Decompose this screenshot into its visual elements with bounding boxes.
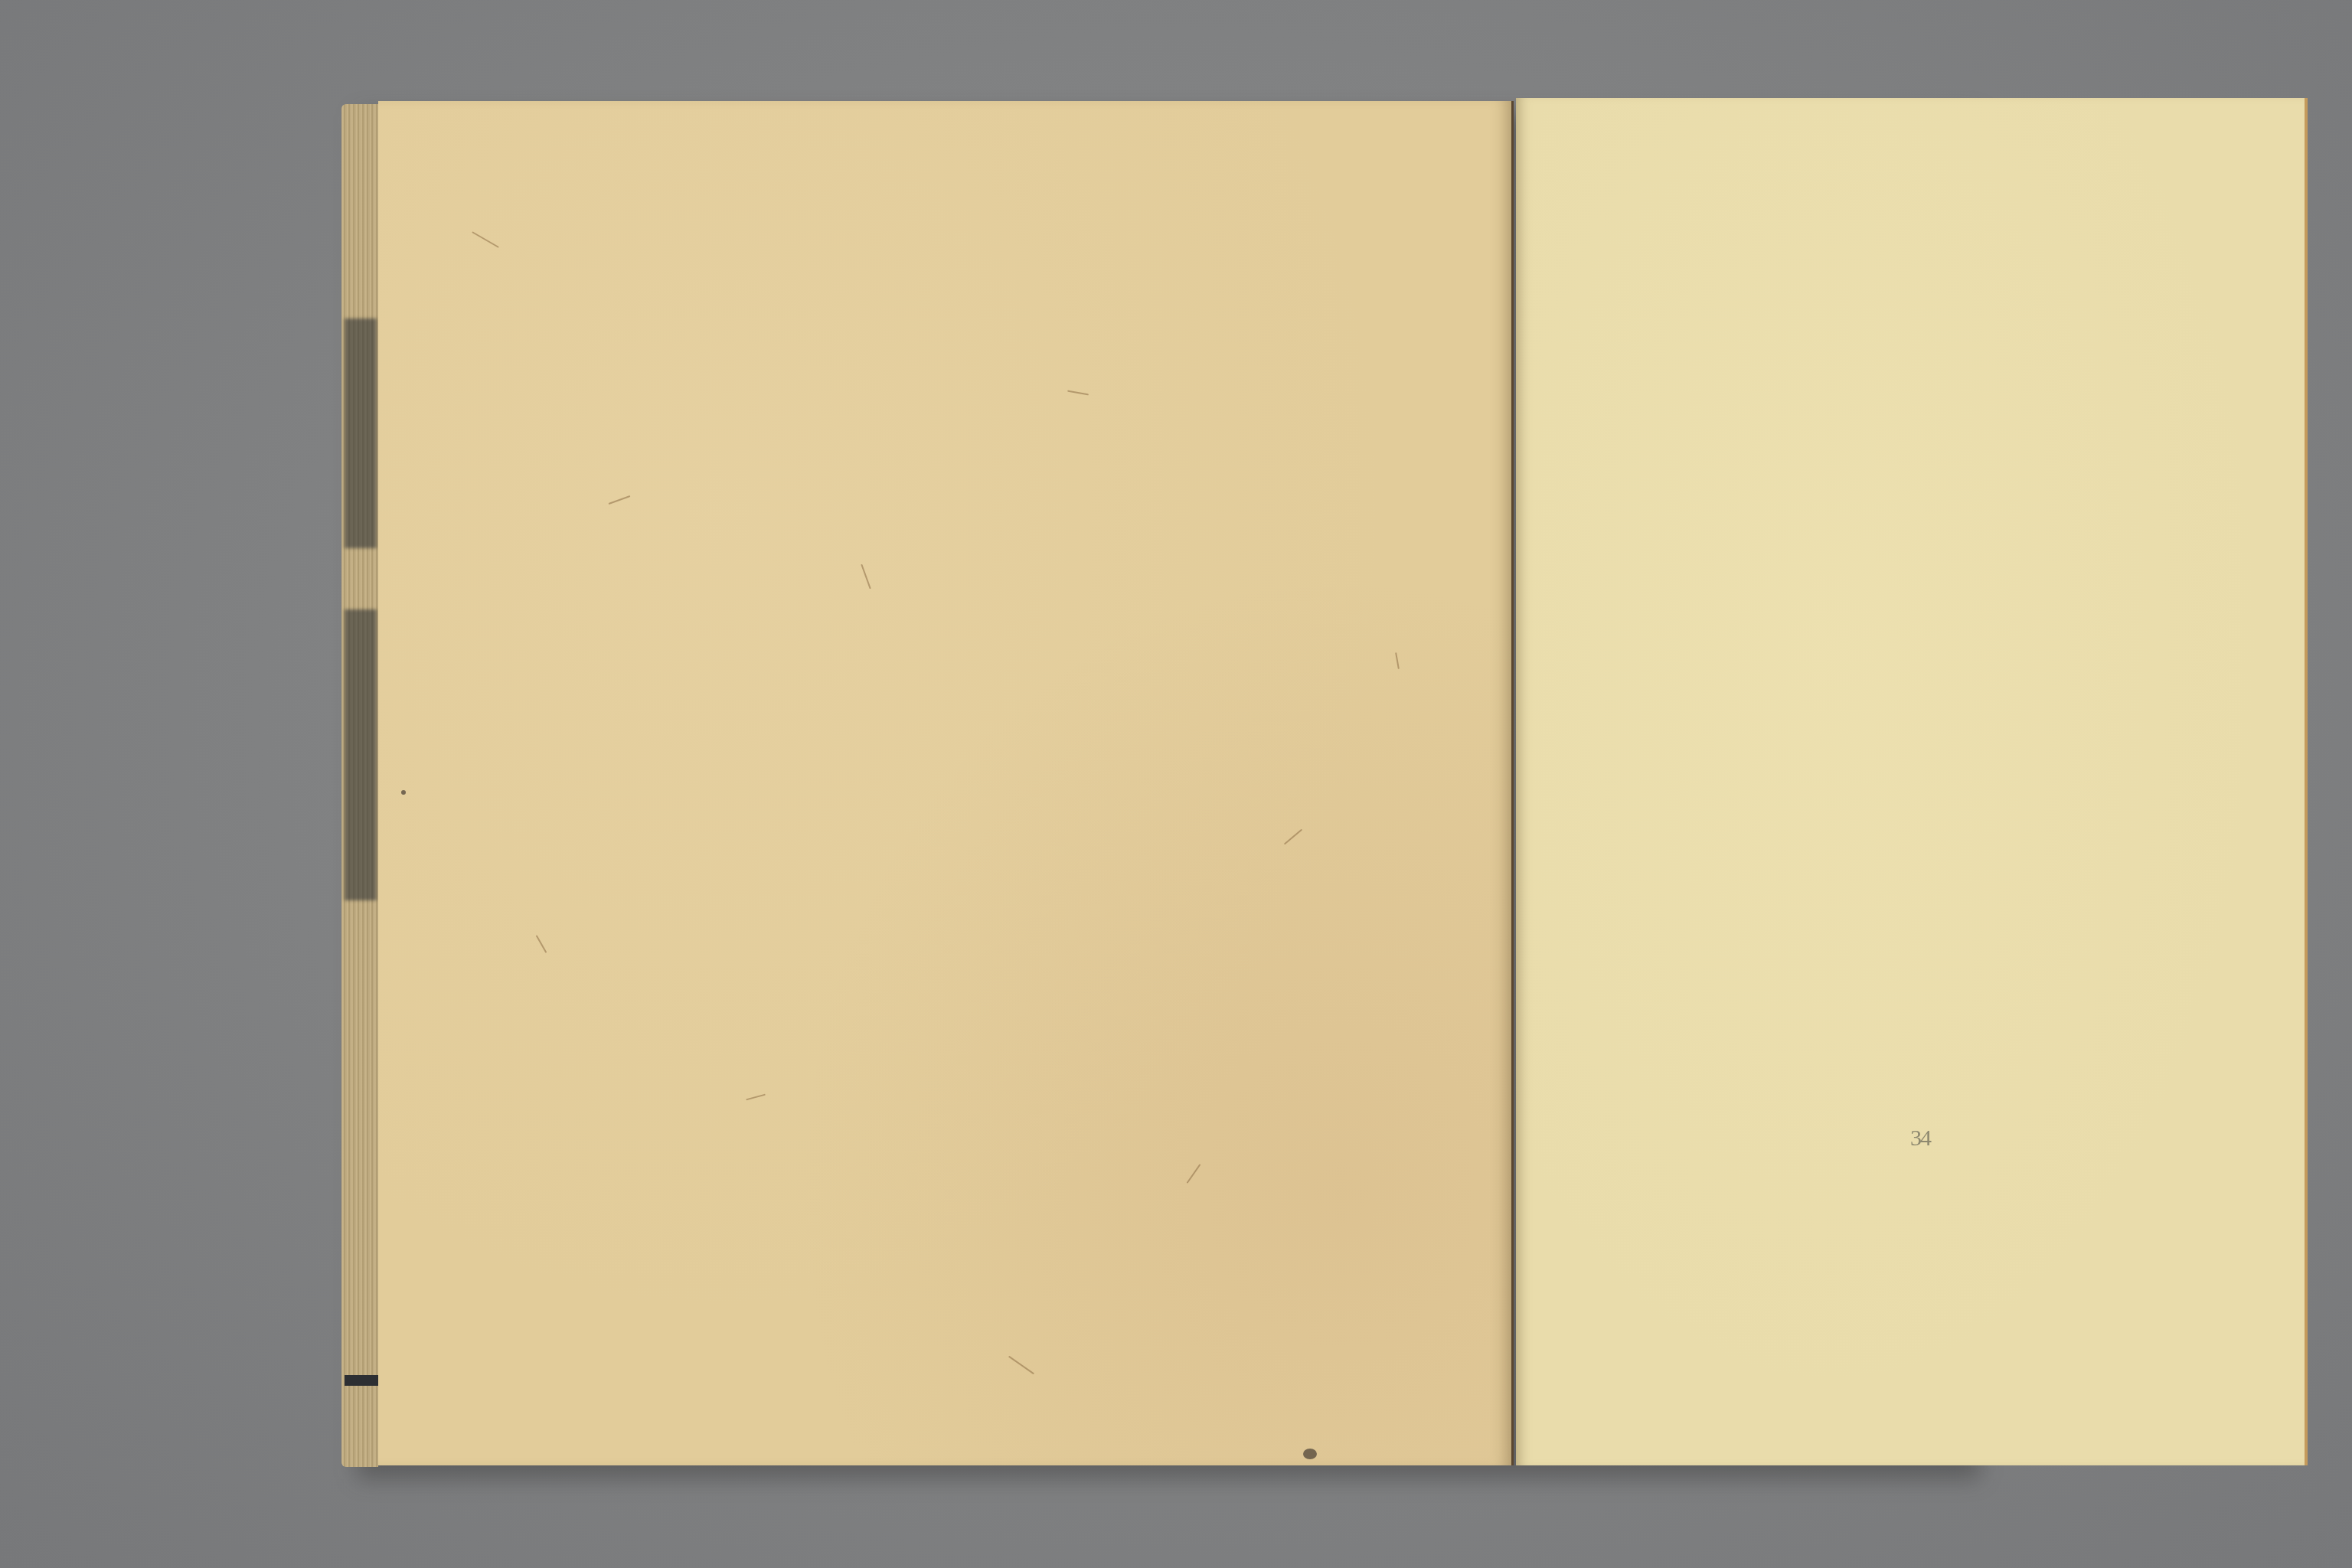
paper-fiber — [1395, 652, 1400, 669]
open-book — [341, 98, 1972, 1468]
page-edges — [341, 104, 378, 1467]
ink-stain — [345, 318, 377, 548]
dot-mark — [401, 790, 406, 795]
page-number: 34 — [1910, 1125, 1930, 1151]
paper-fiber — [1067, 390, 1089, 396]
paper-fiber — [536, 935, 547, 953]
paper-fiber — [1008, 1356, 1034, 1375]
paper-fiber — [1284, 829, 1302, 845]
edge-band-mark — [345, 1375, 378, 1386]
left-page — [378, 101, 1514, 1465]
paper-fiber — [472, 231, 499, 248]
paper-fiber — [1187, 1164, 1201, 1184]
paper-fiber — [746, 1094, 766, 1101]
smudge-mark — [1303, 1449, 1317, 1459]
right-page — [1516, 98, 2308, 1465]
paper-fiber — [609, 495, 631, 505]
ink-stain — [345, 609, 377, 900]
paper-fiber — [861, 564, 871, 590]
